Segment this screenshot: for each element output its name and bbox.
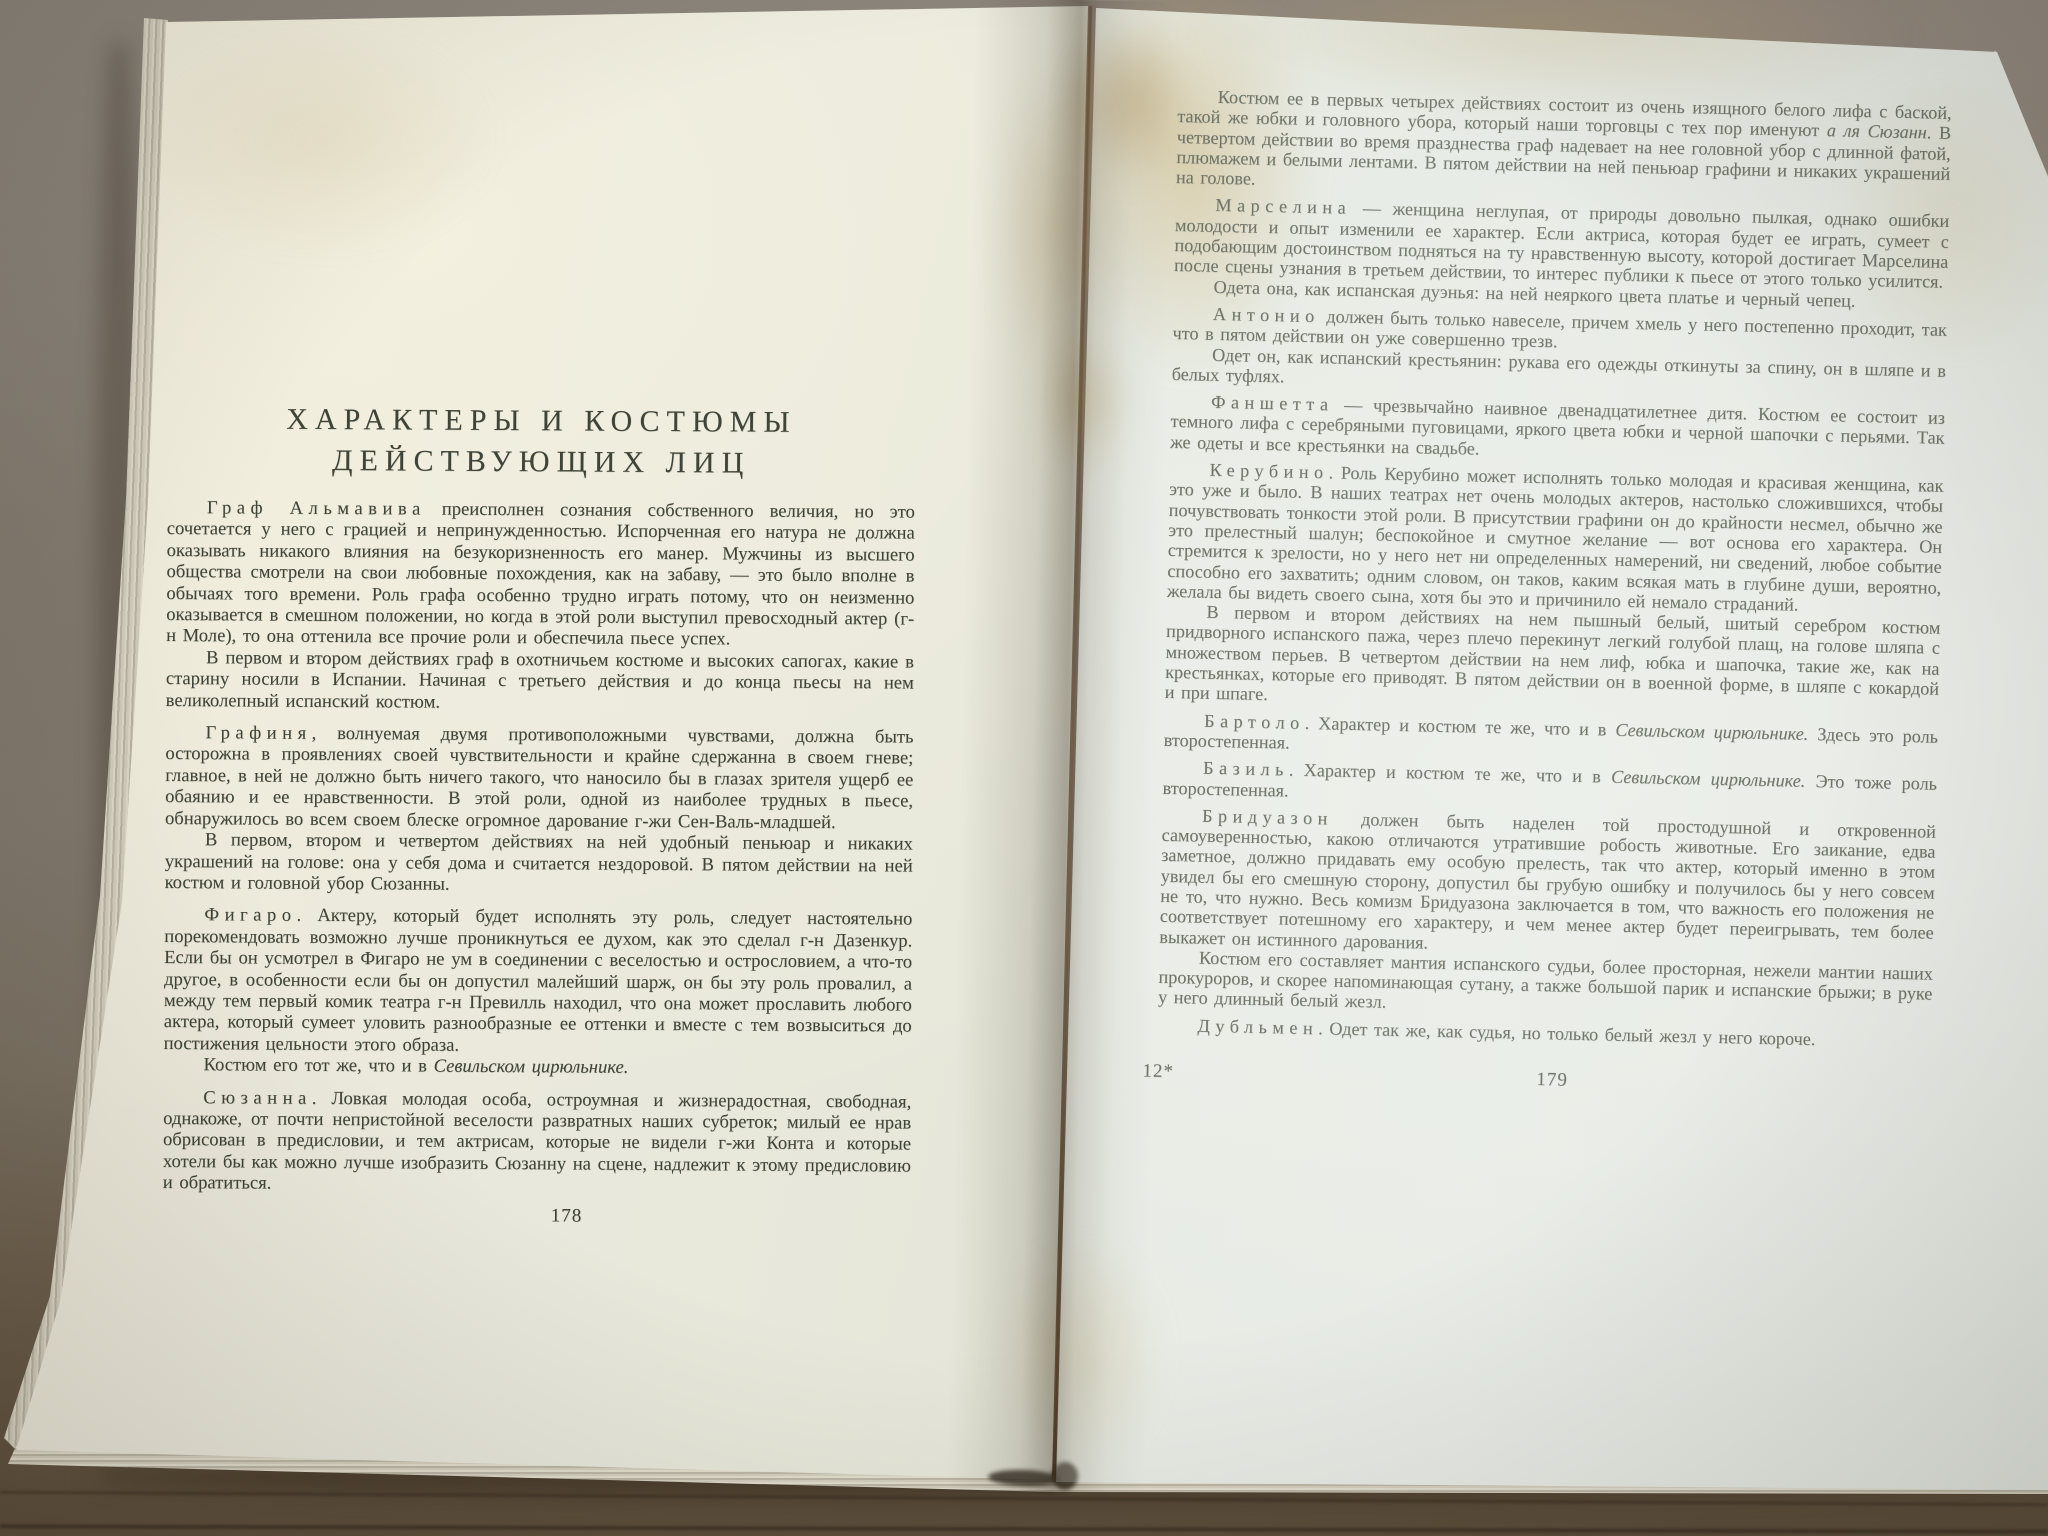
paragraph: Фигаро. Актеру, который будет исполнять …: [164, 904, 913, 1058]
character-name: Бридуазон: [1202, 805, 1333, 828]
paragraph: Базиль. Характер и костюм те же, что и в…: [1162, 757, 1937, 814]
signature-mark: 12*: [1142, 1061, 1174, 1084]
character-name: Сюзанна: [203, 1087, 312, 1109]
paragraph: Бартоло. Характер и костюм те же, что и …: [1164, 709, 1939, 766]
character-name: Антонио: [1213, 304, 1320, 326]
paragraph: В первом и втором действиях граф в охотн…: [166, 647, 914, 716]
text-segment: . Одет так же, как судья, но только белы…: [1318, 1018, 1816, 1049]
text-segment: Костюм его тот же, что и в: [203, 1054, 433, 1076]
text-segment: . Актеру, который будет исполнять эту ро…: [164, 905, 913, 1055]
text-segment: Севильском цирюльнике.: [434, 1056, 629, 1078]
text-segment: . Роль Керубино может исполнять только м…: [1167, 462, 1944, 614]
character-name: Графиня: [205, 722, 311, 744]
paragraph: Сюзанна. Ловкая молодая особа, остроумна…: [163, 1087, 912, 1199]
paragraph: Костюм его тот же, что и в Севильском ци…: [163, 1054, 911, 1080]
paragraph: В первом и втором действиях на нем пышны…: [1165, 601, 1941, 719]
paragraph: Бридуазон должен быть наделен той просто…: [1159, 805, 1936, 964]
left-page-content: ХАРАКТЕРЫ И КОСТЮМЫ ДЕЙСТВУЮЩИХ ЛИЦ Граф…: [163, 0, 918, 1229]
text-segment: В первом и втором действиях граф в охотн…: [166, 647, 914, 712]
character-name: Марселина: [1215, 195, 1351, 218]
character-name: Керубино: [1209, 460, 1328, 483]
paragraph: Графиня, волнуемая двумя противоположным…: [165, 722, 914, 834]
character-name: Фаншетта: [1211, 392, 1334, 415]
text-segment: Севильском цирюльнике.: [1615, 719, 1808, 743]
character-name: Бартоло: [1204, 710, 1305, 732]
section-title-line-1: ХАРАКТЕРЫ И КОСТЮМЫ: [167, 398, 915, 444]
character-name: Фигаро: [204, 905, 296, 927]
right-page-paragraphs: Костюм ее в первых четырех действиях сос…: [1157, 86, 1952, 1052]
text-segment: В первом, втором и четвертом действиях н…: [165, 829, 913, 894]
text-segment: должен быть наделен той простодушной и о…: [1159, 808, 1936, 952]
character-name: Граф Альмавива: [207, 497, 426, 519]
text-segment: . Характер и костюм те же, что и в: [1289, 760, 1612, 787]
text-segment: . Характер и костюм те же, что и в: [1305, 713, 1616, 740]
paragraph: Граф Альмавива преисполнен сознания собс…: [166, 497, 915, 651]
page-number-178: 178: [163, 1203, 911, 1230]
section-title-line-2: ДЕЙСТВУЮЩИХ ЛИЦ: [167, 439, 915, 485]
text-segment: преисполнен сознания собственного величи…: [166, 499, 915, 650]
section-title: ХАРАКТЕРЫ И КОСТЮМЫ ДЕЙСТВУЮЩИХ ЛИЦ: [167, 398, 915, 485]
left-page-paragraphs: Граф Альмавива преисполнен сознания собс…: [163, 497, 915, 1198]
text-segment: а ля Сюзанн: [1827, 120, 1927, 142]
right-page-content: Костюм ее в первых четырех действиях сос…: [1156, 86, 1952, 1100]
paragraph: Фаншетта — чрезвычайно наивное двенадцат…: [1170, 391, 1945, 469]
character-name: Дубльмен: [1197, 1015, 1318, 1038]
text-segment: В первом и втором действиях на нем пышны…: [1165, 602, 1941, 705]
paragraph: В первом, втором и четвертом действиях н…: [165, 829, 913, 898]
text-segment: Севильском цирюльнике.: [1611, 767, 1806, 791]
paragraph: Керубино. Роль Керубино может исполнять …: [1167, 459, 1944, 618]
character-name: Базиль: [1203, 758, 1289, 780]
paragraph: Костюм ее в первых четырех действиях сос…: [1176, 86, 1952, 204]
gutter-dark-spot: [1052, 1462, 1078, 1490]
